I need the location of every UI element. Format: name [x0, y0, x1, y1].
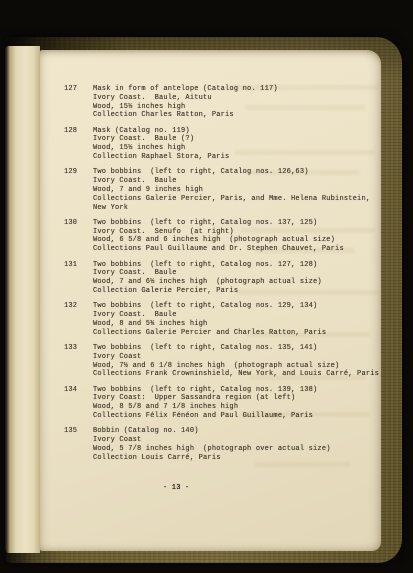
entry-line: Collection Charles Ratton, Paris	[93, 111, 381, 120]
catalog-page: 127 Mask in form of antelope (Catalog no…	[40, 50, 381, 551]
catalog-entry-131: 131 Two bobbins (left to right, Catalog …	[64, 261, 381, 296]
entry-number: 129	[64, 168, 93, 212]
scanned-book-photo: 127 Mask in form of antelope (Catalog no…	[0, 0, 413, 573]
entry-number: 132	[64, 302, 93, 337]
entry-line: Wood, 7 and 9 inches high	[93, 186, 381, 195]
entry-line: Ivory Coast. Baule, Aitutu	[93, 94, 381, 103]
entry-line: Ivory Coast	[93, 353, 381, 362]
entry-text: Mask (Catalog no. 119) Ivory Coast. Baul…	[93, 127, 381, 162]
entry-line: Ivory Coast. Baule (?)	[93, 135, 381, 144]
entry-text: Two bobbins (left to right, Catalog nos.…	[93, 261, 381, 296]
entry-line: Collections Galerie Percier, Paris, and …	[93, 195, 381, 204]
catalog-entry-133: 133 Two bobbins (left to right, Catalog …	[64, 344, 381, 379]
entry-line: Wood, 7½ and 6 1/8 inches high (photogra…	[93, 362, 381, 371]
entry-line: Bobbin (Catalog no. 140)	[93, 427, 381, 436]
entry-line: Mask in form of antelope (Catalog no. 11…	[93, 85, 381, 94]
entry-line: Collection Raphael Stora, Paris	[93, 153, 381, 162]
page-content: 127 Mask in form of antelope (Catalog no…	[40, 85, 381, 469]
entry-text: Two bobbins (left to right, Catalog nos.…	[93, 344, 381, 379]
entry-text: Two bobbins (left to right, Catalog nos.…	[93, 219, 381, 254]
entry-line: Wood, 15½ inches high	[93, 144, 381, 153]
entry-line: Two bobbins (left to right, Catalog nos.…	[93, 219, 381, 228]
entry-line: Ivory Coast. Baule	[93, 269, 381, 278]
catalog-entry-135: 135 Bobbin (Catalog no. 140) Ivory Coast…	[64, 427, 381, 462]
entry-text: Two bobbins (left to right, Catalog nos.…	[93, 302, 381, 337]
page-stack-spine-edge	[5, 46, 40, 553]
catalog-entry-129: 129 Two bobbins (left to right, Catalog …	[64, 168, 381, 212]
entry-line: Wood, 8 and 5¾ inches high	[93, 320, 381, 329]
entry-number: 127	[64, 85, 93, 120]
entry-line: Wood, 8 5/8 and 7 1/8 inches high	[93, 403, 381, 412]
entry-line: Two bobbins (left to right, Catalog nos.…	[93, 344, 381, 353]
entry-line: Collections Galerie Percier and Charles …	[93, 329, 381, 338]
catalog-entry-130: 130 Two bobbins (left to right, Catalog …	[64, 219, 381, 254]
entry-line: Collection Louis Carré, Paris	[93, 454, 381, 463]
catalog-entry-134: 134 Two bobbins (left to right, Catalog …	[64, 386, 381, 421]
entry-line: Wood, 5 7/8 inches high (photograph over…	[93, 445, 381, 454]
entry-line: Two bobbins (left to right, Catalog nos.…	[93, 302, 381, 311]
entry-line: Ivory Coast. Baule	[93, 311, 381, 320]
catalog-entries: 127 Mask in form of antelope (Catalog no…	[40, 85, 381, 462]
catalog-entry-128: 128 Mask (Catalog no. 119) Ivory Coast. …	[64, 127, 381, 162]
entry-line: New York	[93, 204, 381, 213]
entry-line: Wood, 6 5/8 and 6 inches high (photograp…	[93, 236, 381, 245]
entry-text: Two bobbins (left to right, Catalog nos.…	[93, 386, 381, 421]
entry-line: Collections Félix Fénéon and Paul Guilla…	[93, 412, 381, 421]
entry-text: Two bobbins (left to right, Catalog nos.…	[93, 168, 381, 212]
page-number: - 13 -	[163, 484, 189, 492]
entry-text: Bobbin (Catalog no. 140) Ivory Coast Woo…	[93, 427, 381, 462]
entry-text: Mask in form of antelope (Catalog no. 11…	[93, 85, 381, 120]
entry-line: Collections Paul Guillaume and Dr. Steph…	[93, 245, 381, 254]
entry-number: 131	[64, 261, 93, 296]
entry-line: Collection Galerie Percier, Paris	[93, 287, 381, 296]
entry-line: Two bobbins (left to right, Catalog nos.…	[93, 168, 381, 177]
entry-number: 134	[64, 386, 93, 421]
catalog-entry-132: 132 Two bobbins (left to right, Catalog …	[64, 302, 381, 337]
entry-line: Collections Frank Crowninshield, New Yor…	[93, 370, 381, 379]
entry-number: 130	[64, 219, 93, 254]
entry-number: 133	[64, 344, 93, 379]
entry-line: Ivory Coast. Baule	[93, 177, 381, 186]
entry-number: 128	[64, 127, 93, 162]
entry-line: Wood, 7 and 6½ inches high (photograph a…	[93, 278, 381, 287]
entry-line: Ivory Coast	[93, 436, 381, 445]
entry-number: 135	[64, 427, 93, 462]
catalog-entry-127: 127 Mask in form of antelope (Catalog no…	[64, 85, 381, 120]
entry-line: Ivory Coast: Upper Sassandra region (at …	[93, 394, 381, 403]
